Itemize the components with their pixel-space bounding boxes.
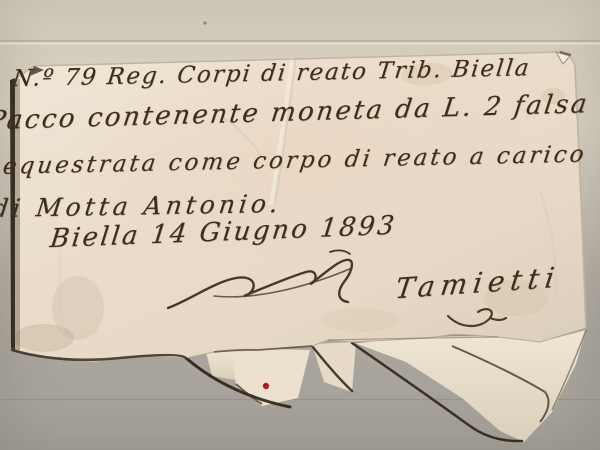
red-wax-dot xyxy=(263,383,269,389)
photograph-of-parcel: N.º 79 Reg. Corpi di reato Trib. Biella … xyxy=(0,0,600,450)
background-speck xyxy=(203,21,206,24)
